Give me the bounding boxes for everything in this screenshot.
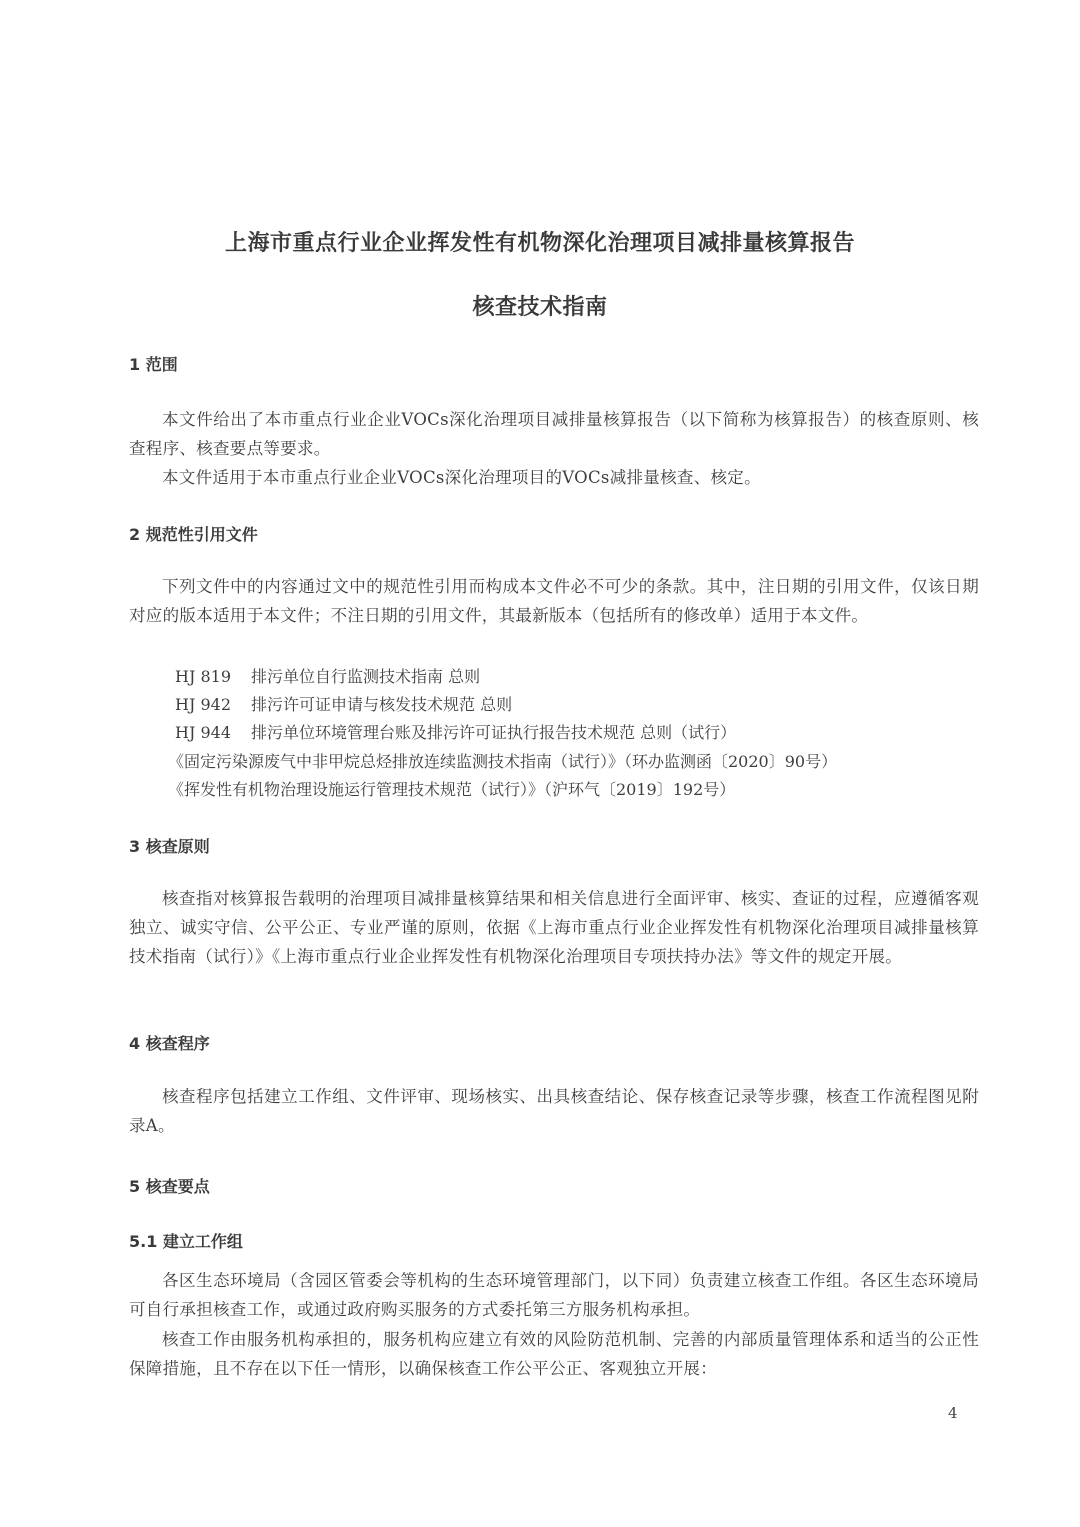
reference-title: 排污许可证申请与核发技术规范 总则 (251, 695, 512, 714)
reference-item: HJ 942排污许可证申请与核发技术规范 总则 (175, 692, 512, 715)
section-2-heading: 2 规范性引用文件 (129, 522, 258, 545)
page-number: 4 (948, 1404, 958, 1422)
section-5-heading: 5 核查要点 (129, 1174, 210, 1197)
reference-title: 排污单位自行监测技术指南 总则 (251, 667, 480, 686)
reference-title: 《固定污染源废气中非甲烷总烃排放连续监测技术指南（试行）》（环办监测函〔2020… (168, 752, 837, 771)
document-title-line2: 核查技术指南 (0, 290, 1080, 321)
document-page: 上海市重点行业企业挥发性有机物深化治理项目减排量核算报告 核查技术指南 1 范围… (0, 0, 1080, 1527)
section-3-paragraph-1: 核查指对核算报告载明的治理项目减排量核算结果和相关信息进行全面评审、核实、查证的… (129, 884, 979, 971)
reference-code: HJ 942 (175, 695, 251, 714)
section-5-1-paragraph-1: 各区生态环境局（含园区管委会等机构的生态环境管理部门，以下同）负责建立核查工作组… (129, 1266, 979, 1324)
reference-item: HJ 819排污单位自行监测技术指南 总则 (175, 664, 480, 687)
reference-title: 排污单位环境管理台账及排污许可证执行报告技术规范 总则（试行） (251, 723, 736, 742)
section-5-1-heading: 5.1 建立工作组 (129, 1229, 243, 1252)
section-3-heading: 3 核查原则 (129, 834, 210, 857)
section-1-paragraph-2: 本文件适用于本市重点行业企业VOCs深化治理项目的VOCs减排量核查、核定。 (129, 463, 979, 492)
reference-code: HJ 944 (175, 723, 251, 742)
section-5-1-paragraph-2: 核查工作由服务机构承担的，服务机构应建立有效的风险防范机制、完善的内部质量管理体… (129, 1325, 979, 1383)
section-4-paragraph-1: 核查程序包括建立工作组、文件评审、现场核实、出具核查结论、保存核查记录等步骤，核… (129, 1082, 979, 1140)
section-2-paragraph-1: 下列文件中的内容通过文中的规范性引用而构成本文件必不可少的条款。其中，注日期的引… (129, 572, 979, 630)
section-1-paragraph-1: 本文件给出了本市重点行业企业VOCs深化治理项目减排量核算报告（以下简称为核算报… (129, 405, 979, 463)
reference-code: HJ 819 (175, 667, 251, 686)
section-4-heading: 4 核查程序 (129, 1031, 210, 1054)
document-title-line1: 上海市重点行业企业挥发性有机物深化治理项目减排量核算报告 (0, 226, 1080, 257)
section-1-heading: 1 范围 (129, 352, 178, 375)
reference-item: 《固定污染源废气中非甲烷总烃排放连续监测技术指南（试行）》（环办监测函〔2020… (168, 749, 837, 772)
reference-title: 《挥发性有机物治理设施运行管理技术规范（试行）》（沪环气〔2019〕192号） (168, 780, 735, 799)
reference-item: HJ 944排污单位环境管理台账及排污许可证执行报告技术规范 总则（试行） (175, 720, 736, 743)
reference-item: 《挥发性有机物治理设施运行管理技术规范（试行）》（沪环气〔2019〕192号） (168, 777, 735, 800)
